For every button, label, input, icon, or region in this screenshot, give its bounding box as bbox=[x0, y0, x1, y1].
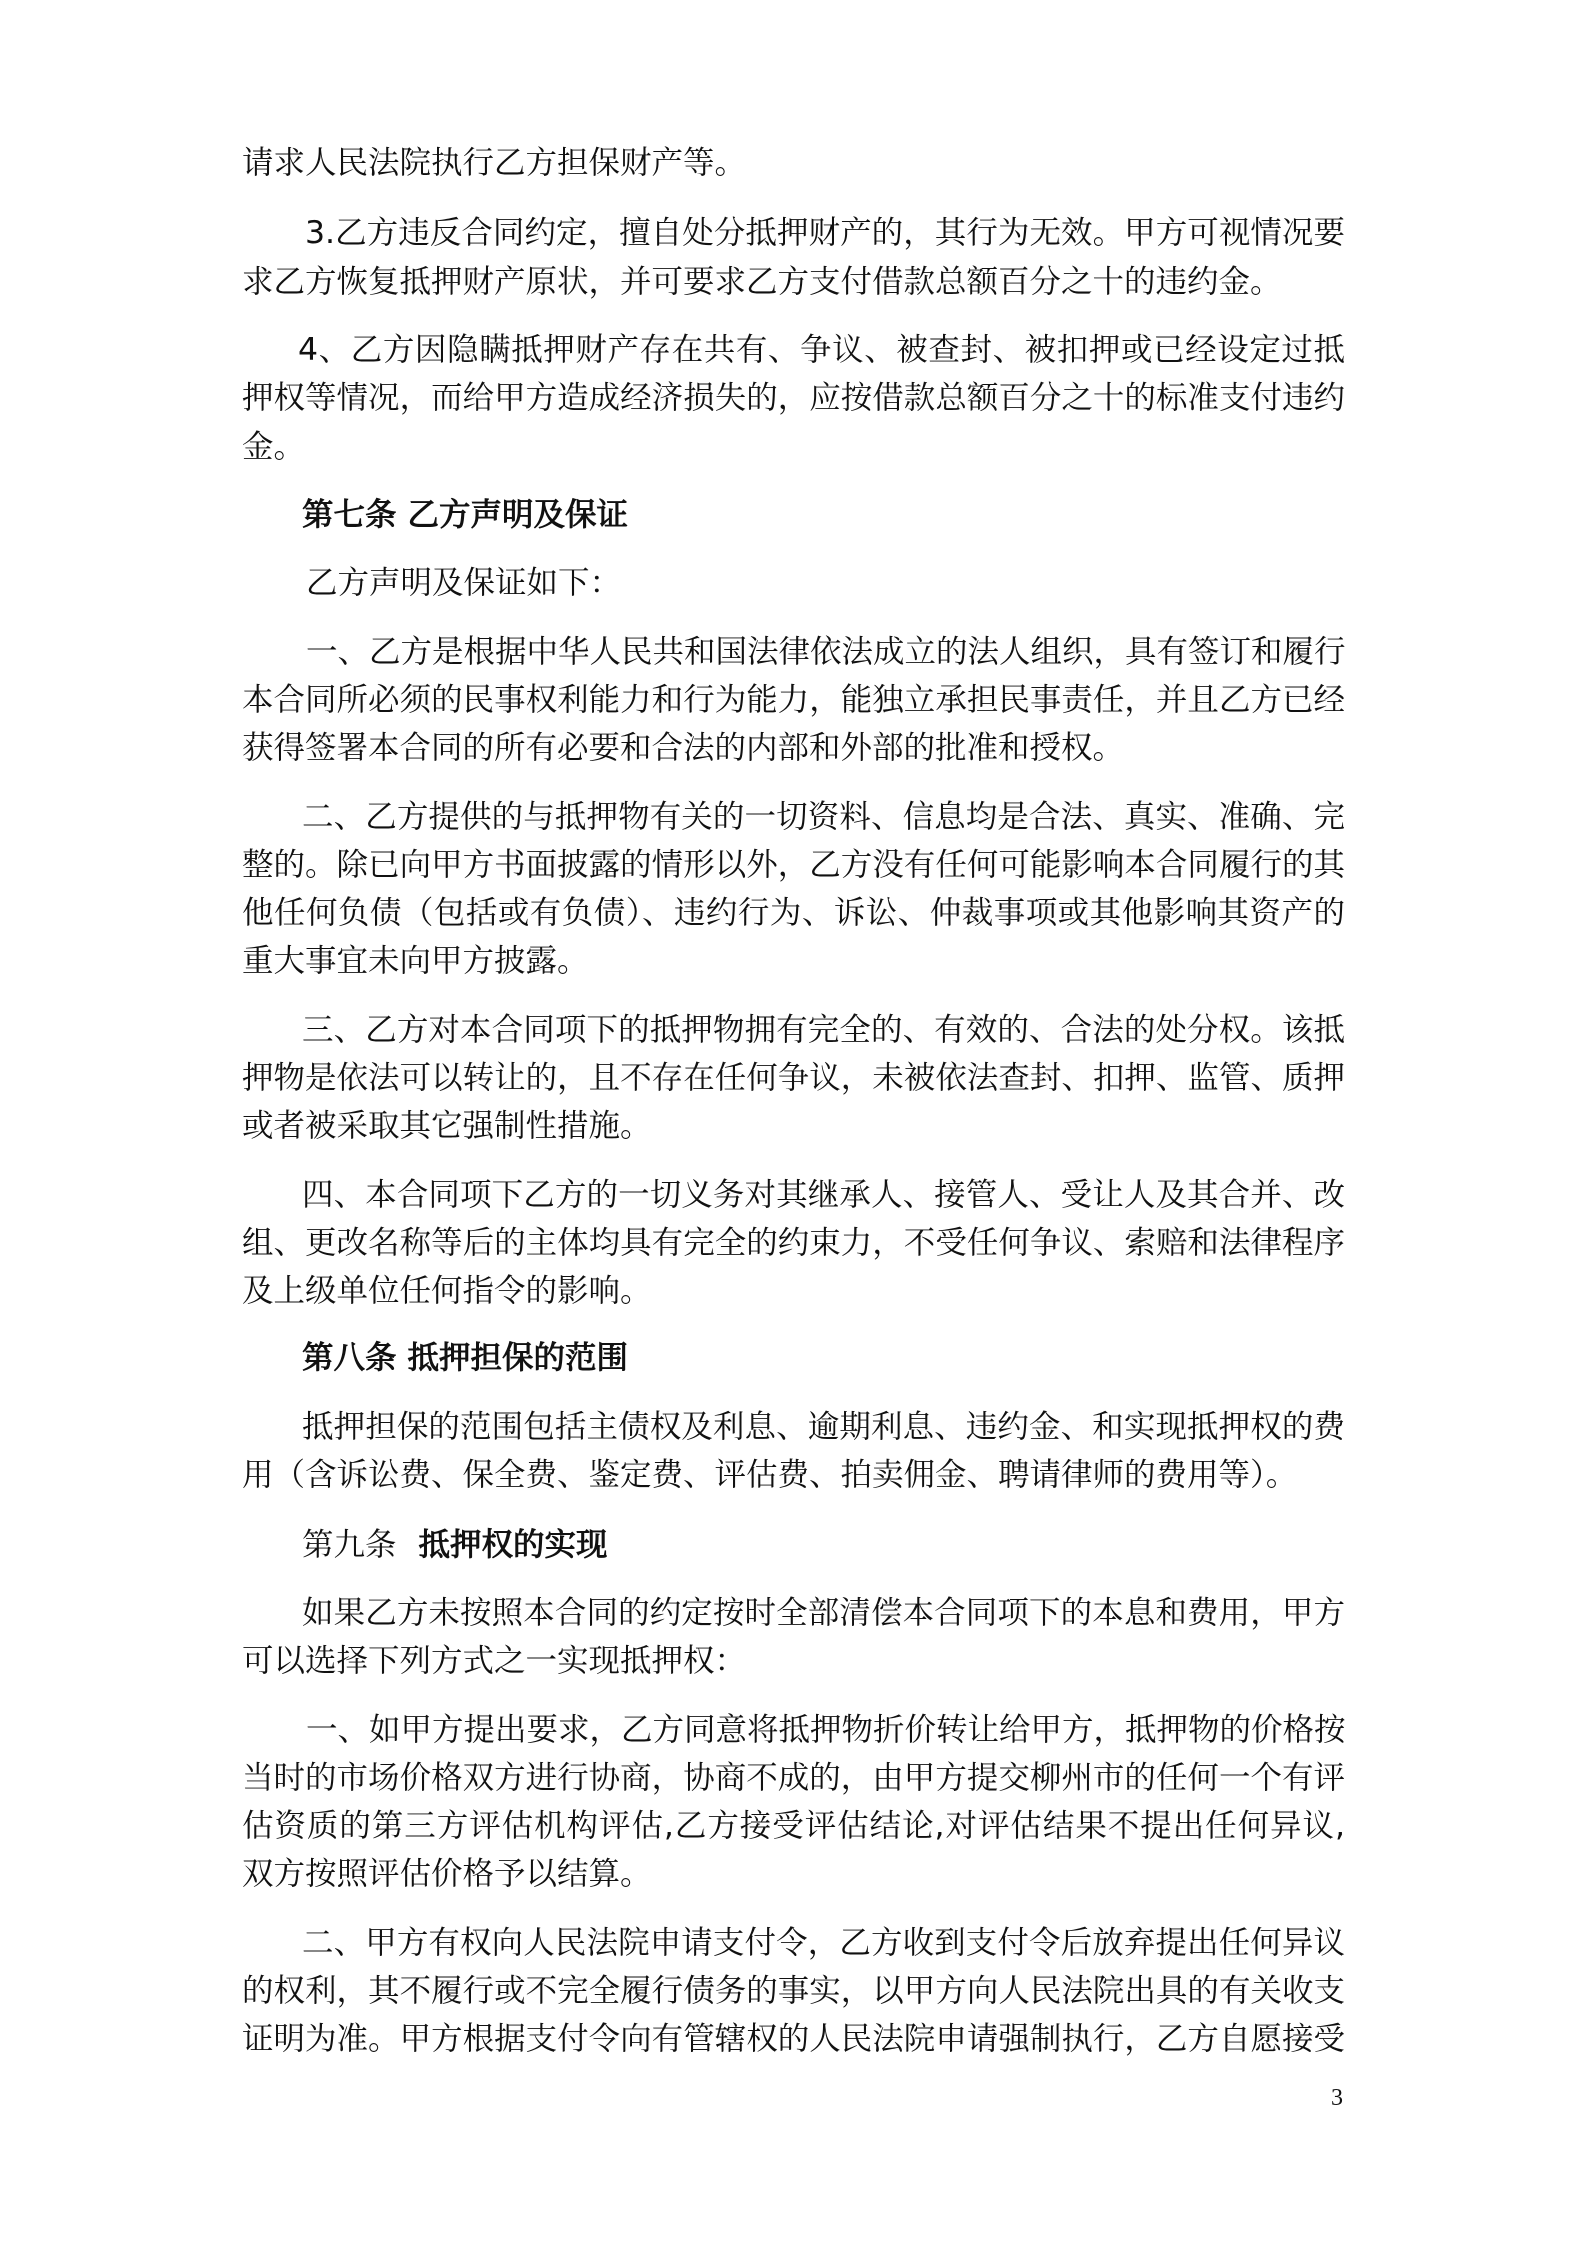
article-9-number: 第九条 bbox=[302, 1527, 397, 1563]
article-9-item-1-line: 当时的市场价格双方进行协商，协商不成的，由甲方提交柳州市的任何一个有评 bbox=[242, 1754, 1345, 1802]
article-7-item-1-line: 获得签署本合同的所有必要和合法的内部和外部的批准和授权。 bbox=[242, 724, 1345, 772]
article-7-item-3-line: 三、乙方对本合同项下的抵押物拥有完全的、有效的、合法的处分权。该抵 bbox=[302, 1006, 1345, 1054]
article-7-intro: 乙方声明及保证如下： bbox=[306, 559, 1349, 607]
article-7-item-1-line: 本合同所必须的民事权利能力和行为能力，能独立承担民事责任，并且乙方已经 bbox=[242, 676, 1345, 724]
article-9-item-2-line: 的权利，其不履行或不完全履行债务的事实，以甲方向人民法院出具的有关收支 bbox=[242, 1967, 1345, 2015]
article-8-body-line: 抵押担保的范围包括主债权及利息、逾期利息、违约金、和实现抵押权的费 bbox=[302, 1403, 1345, 1451]
article-7-item-2-line: 二、乙方提供的与抵押物有关的一切资料、信息均是合法、真实、准确、完 bbox=[302, 793, 1345, 841]
article-7-item-1-line: 一、乙方是根据中华人民共和国法律依法成立的法人组织，具有签订和履行 bbox=[306, 628, 1345, 676]
article-9-body-line: 如果乙方未按照本合同的约定按时全部清偿本合同项下的本息和费用，甲方 bbox=[302, 1589, 1345, 1637]
article-7-item-3-line: 押物是依法可以转让的，且不存在任何争议，未被依法查封、扣押、监管、质押 bbox=[242, 1054, 1345, 1102]
article-9-title: 抵押权的实现 bbox=[419, 1527, 608, 1563]
article-7-item-4-line: 组、更改名称等后的主体均具有完全的约束力，不受任何争议、索赔和法律程序 bbox=[242, 1219, 1345, 1267]
article-9-item-1-line: 估资质的第三方评估机构评估,乙方接受评估结论,对评估结果不提出任何异议, bbox=[242, 1802, 1345, 1850]
article-9-heading: 第九条抵押权的实现 bbox=[302, 1521, 1345, 1569]
clause-3-line: 3.乙方违反合同约定，擅自处分抵押财产的，其行为无效。甲方可视情况要 bbox=[305, 209, 1345, 257]
article-8-heading: 第八条 抵押担保的范围 bbox=[302, 1334, 1345, 1382]
article-9-body-line: 可以选择下列方式之一实现抵押权： bbox=[242, 1637, 1345, 1685]
article-9-item-1-line: 一、如甲方提出要求，乙方同意将抵押物折价转让给甲方，抵押物的价格按 bbox=[306, 1706, 1345, 1754]
clause-4-line: 4、乙方因隐瞒抵押财产存在共有、争议、被查封、被扣押或已经设定过抵 bbox=[298, 326, 1345, 374]
page-number: 3 bbox=[1331, 2084, 1343, 2112]
article-9-item-2-line: 二、甲方有权向人民法院申请支付令，乙方收到支付令后放弃提出任何异议 bbox=[302, 1919, 1345, 1967]
clause-4-line: 押权等情况，而给甲方造成经济损失的，应按借款总额百分之十的标准支付违约 bbox=[242, 374, 1345, 422]
article-7-item-4-line: 及上级单位任何指令的影响。 bbox=[242, 1267, 1345, 1315]
article-9-item-2-line: 证明为准。甲方根据支付令向有管辖权的人民法院申请强制执行，乙方自愿接受 bbox=[242, 2015, 1345, 2063]
article-7-item-2-line: 重大事宜未向甲方披露。 bbox=[242, 937, 1345, 985]
article-7-item-2-line: 他任何负债（包括或有负债）、违约行为、诉讼、仲裁事项或其他影响其资产的 bbox=[242, 889, 1345, 937]
paragraph-line: 请求人民法院执行乙方担保财产等。 bbox=[242, 139, 1345, 187]
article-9-item-1-line: 双方按照评估价格予以结算。 bbox=[242, 1850, 1345, 1898]
article-7-item-2-line: 整的。除已向甲方书面披露的情形以外，乙方没有任何可能影响本合同履行的其 bbox=[242, 841, 1345, 889]
article-8-body-line: 用（含诉讼费、保全费、鉴定费、评估费、拍卖佣金、聘请律师的费用等）。 bbox=[242, 1451, 1345, 1499]
document-page: 请求人民法院执行乙方担保财产等。 3.乙方违反合同约定，擅自处分抵押财产的，其行… bbox=[0, 0, 1586, 2244]
clause-4-line: 金。 bbox=[242, 423, 1345, 471]
article-7-heading: 第七条 乙方声明及保证 bbox=[302, 491, 1345, 539]
article-7-item-4-line: 四、本合同项下乙方的一切义务对其继承人、接管人、受让人及其合并、改 bbox=[302, 1171, 1345, 1219]
clause-3-line: 求乙方恢复抵押财产原状，并可要求乙方支付借款总额百分之十的违约金。 bbox=[242, 258, 1345, 306]
article-7-item-3-line: 或者被采取其它强制性措施。 bbox=[242, 1102, 1345, 1150]
